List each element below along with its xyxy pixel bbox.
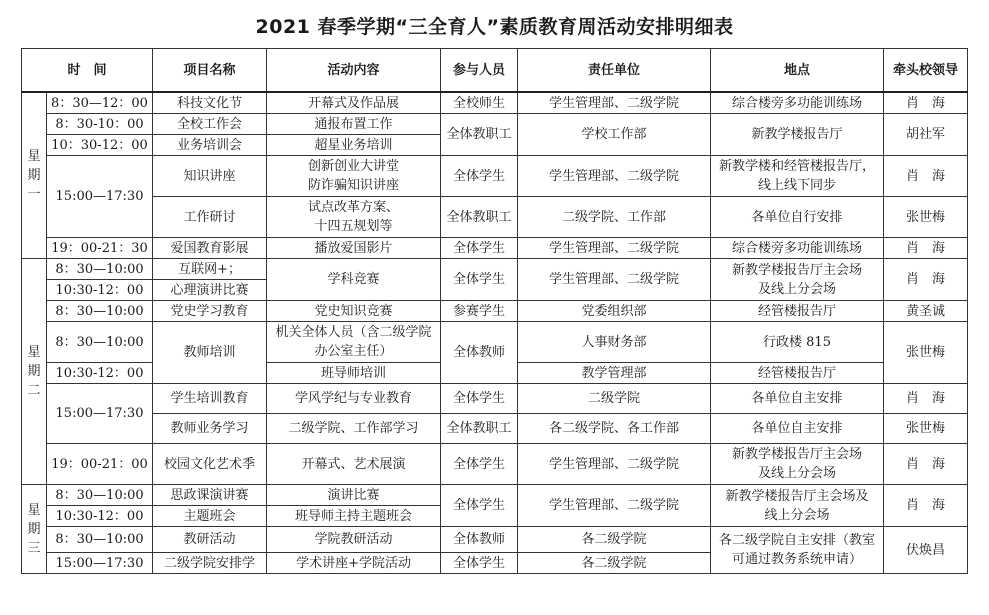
unit-cell: 各二级学院 bbox=[518, 553, 711, 574]
project-cell: 学生培训教育 bbox=[153, 384, 267, 414]
day-label-wednesday: 星 期 三 bbox=[22, 485, 47, 574]
location-cell: 新教学楼和经管楼报告厅， 线上线下同步 bbox=[711, 156, 884, 197]
participants-cell: 全体学生 bbox=[441, 259, 518, 301]
participants-cell: 参赛学生 bbox=[441, 301, 518, 322]
unit-cell: 二级学院 bbox=[518, 384, 711, 414]
project-cell: 校园文化艺术季 bbox=[153, 444, 267, 485]
content-cell: 开幕式、艺术展演 bbox=[267, 444, 441, 485]
unit-cell: 学生管理部、二级学院 bbox=[518, 485, 711, 527]
content-cell: 创新创业大讲堂 防诈骗知识讲座 bbox=[267, 156, 441, 197]
participants-cell: 全体学生 bbox=[441, 485, 518, 527]
location-cell: 经管楼报告厅 bbox=[711, 363, 884, 384]
table-row: 星 期 一 8：30—12：00 科技文化节 开幕式及作品展 全校师生 学生管理… bbox=[22, 92, 968, 114]
location-cell: 各单位自行安排 bbox=[711, 197, 884, 238]
time-cell: 15:00—17:30 bbox=[47, 384, 153, 444]
participants-cell: 全体学生 bbox=[441, 384, 518, 414]
content-cell: 试点改革方案、 十四五规划等 bbox=[267, 197, 441, 238]
leader-cell: 肖 海 bbox=[884, 92, 968, 114]
time-cell: 15:00—17:30 bbox=[47, 553, 153, 574]
participants-cell: 全体学生 bbox=[441, 444, 518, 485]
leader-cell: 肖 海 bbox=[884, 485, 968, 527]
unit-cell: 学生管理部、二级学院 bbox=[518, 444, 711, 485]
unit-cell: 学生管理部、二级学院 bbox=[518, 92, 711, 114]
project-cell: 科技文化节 bbox=[153, 92, 267, 114]
location-cell: 各单位自主安排 bbox=[711, 384, 884, 414]
participants-cell: 全体教职工 bbox=[441, 197, 518, 238]
document-title: 2021 春季学期“三全育人”素质教育周活动安排明细表 bbox=[0, 12, 989, 39]
content-cell: 班导师培训 bbox=[267, 363, 441, 384]
table-row: 19：00-21：30 爱国教育影展 播放爱国影片 全体学生 学生管理部、二级学… bbox=[22, 238, 968, 259]
leader-cell: 肖 海 bbox=[884, 259, 968, 301]
participants-cell: 全体教职工 bbox=[441, 414, 518, 444]
time-cell: 8：30—12：00 bbox=[47, 92, 153, 114]
leader-cell: 张世梅 bbox=[884, 197, 968, 238]
day-label-tuesday: 星 期 二 bbox=[22, 259, 47, 485]
unit-cell: 学生管理部、二级学院 bbox=[518, 156, 711, 197]
content-cell: 演讲比赛 bbox=[267, 485, 441, 506]
header-participants: 参与人员 bbox=[441, 49, 518, 93]
time-cell: 8：30—10:00 bbox=[47, 259, 153, 280]
time-cell: 8：30—10:00 bbox=[47, 322, 153, 363]
content-cell: 学科竞赛 bbox=[267, 259, 441, 301]
content-cell: 超星业务培训 bbox=[267, 135, 441, 156]
leader-cell: 肖 海 bbox=[884, 238, 968, 259]
table-row: 15:00—17:30 知识讲座 创新创业大讲堂 防诈骗知识讲座 全体学生 学生… bbox=[22, 156, 968, 197]
day-label-monday: 星 期 一 bbox=[22, 92, 47, 259]
time-cell: 10:30-12：00 bbox=[47, 363, 153, 384]
unit-cell: 各二级学院、各工作部 bbox=[518, 414, 711, 444]
unit-cell: 党委组织部 bbox=[518, 301, 711, 322]
content-cell: 学术讲座+学院活动 bbox=[267, 553, 441, 574]
time-cell: 10:30-12：00 bbox=[47, 280, 153, 301]
project-cell: 教师业务学习 bbox=[153, 414, 267, 444]
project-cell: 党史学习教育 bbox=[153, 301, 267, 322]
time-cell: 15:00—17:30 bbox=[47, 156, 153, 238]
header-leader: 牵头校领导 bbox=[884, 49, 968, 93]
location-cell: 行政楼 815 bbox=[711, 322, 884, 363]
leader-cell: 伏焕昌 bbox=[884, 527, 968, 574]
unit-cell: 学生管理部、二级学院 bbox=[518, 259, 711, 301]
content-cell: 机关全体人员（含二级学院 办公室主任） bbox=[267, 322, 441, 363]
header-unit: 责任单位 bbox=[518, 49, 711, 93]
content-cell: 学风学纪与专业教育 bbox=[267, 384, 441, 414]
location-cell: 新教学楼报告厅 bbox=[711, 114, 884, 156]
time-cell: 19：00-21：00 bbox=[47, 444, 153, 485]
leader-cell: 胡社军 bbox=[884, 114, 968, 156]
header-project: 项目名称 bbox=[153, 49, 267, 93]
table-row: 工作研讨 试点改革方案、 十四五规划等 全体教职工 二级学院、工作部 各单位自行… bbox=[22, 197, 968, 238]
table-row: 8：30—10:00 党史学习教育 党史知识竞赛 参赛学生 党委组织部 经管楼报… bbox=[22, 301, 968, 322]
location-cell: 各二级学院自主安排（教室 可通过教务系统申请） bbox=[711, 527, 884, 574]
participants-cell: 全体学生 bbox=[441, 553, 518, 574]
unit-cell: 各二级学院 bbox=[518, 527, 711, 553]
table-row: 星 期 三 8：30—10:00 思政课演讲赛 演讲比赛 全体学生 学生管理部、… bbox=[22, 485, 968, 506]
time-cell: 8：30—10:00 bbox=[47, 301, 153, 322]
project-cell: 二级学院安排学 bbox=[153, 553, 267, 574]
unit-cell: 学校工作部 bbox=[518, 114, 711, 156]
unit-cell: 学生管理部、二级学院 bbox=[518, 238, 711, 259]
participants-cell: 全体教师 bbox=[441, 322, 518, 384]
time-cell: 10：30-12：00 bbox=[47, 135, 153, 156]
leader-cell: 张世梅 bbox=[884, 414, 968, 444]
time-cell: 10:30-12：00 bbox=[47, 506, 153, 527]
participants-cell: 全体教师 bbox=[441, 527, 518, 553]
header-time: 时 间 bbox=[22, 49, 153, 93]
time-cell: 8：30—10:00 bbox=[47, 527, 153, 553]
header-row: 时 间 项目名称 活动内容 参与人员 责任单位 地点 牵头校领导 bbox=[22, 49, 968, 93]
header-content: 活动内容 bbox=[267, 49, 441, 93]
project-cell: 全校工作会 bbox=[153, 114, 267, 135]
unit-cell: 教学管理部 bbox=[518, 363, 711, 384]
project-cell: 心理演讲比赛 bbox=[153, 280, 267, 301]
participants-cell: 全校师生 bbox=[441, 92, 518, 114]
project-cell: 知识讲座 bbox=[153, 156, 267, 197]
participants-cell: 全体教职工 bbox=[441, 114, 518, 156]
participants-cell: 全体学生 bbox=[441, 238, 518, 259]
unit-cell: 二级学院、工作部 bbox=[518, 197, 711, 238]
location-cell: 新教学楼报告厅主会场及 线上分会场 bbox=[711, 485, 884, 527]
table-row: 8：30—10:00 教师培训 机关全体人员（含二级学院 办公室主任） 全体教师… bbox=[22, 322, 968, 363]
project-cell: 互联网+； bbox=[153, 259, 267, 280]
participants-cell: 全体学生 bbox=[441, 156, 518, 197]
content-cell: 党史知识竞赛 bbox=[267, 301, 441, 322]
project-cell: 主题班会 bbox=[153, 506, 267, 527]
location-cell: 新教学楼报告厅主会场 及线上分会场 bbox=[711, 444, 884, 485]
content-cell: 学院教研活动 bbox=[267, 527, 441, 553]
table-row: 8：30-10：00 全校工作会 通报布置工作 全体教职工 学校工作部 新教学楼… bbox=[22, 114, 968, 135]
leader-cell: 肖 海 bbox=[884, 384, 968, 414]
table-row: 15:00—17:30 学生培训教育 学风学纪与专业教育 全体学生 二级学院 各… bbox=[22, 384, 968, 414]
leader-cell: 肖 海 bbox=[884, 156, 968, 197]
project-cell: 教研活动 bbox=[153, 527, 267, 553]
leader-cell: 黄圣诚 bbox=[884, 301, 968, 322]
table-row: 教师业务学习 二级学院、工作部学习 全体教职工 各二级学院、各工作部 各单位自主… bbox=[22, 414, 968, 444]
table-row: 星 期 二 8：30—10:00 互联网+； 学科竞赛 全体学生 学生管理部、二… bbox=[22, 259, 968, 280]
table-row: 8：30—10:00 教研活动 学院教研活动 全体教师 各二级学院 各二级学院自… bbox=[22, 527, 968, 553]
content-cell: 播放爱国影片 bbox=[267, 238, 441, 259]
project-cell: 工作研讨 bbox=[153, 197, 267, 238]
content-cell: 班导师主持主题班会 bbox=[267, 506, 441, 527]
unit-cell: 人事财务部 bbox=[518, 322, 711, 363]
project-cell: 教师培训 bbox=[153, 322, 267, 384]
location-cell: 各单位自主安排 bbox=[711, 414, 884, 444]
content-cell: 开幕式及作品展 bbox=[267, 92, 441, 114]
project-cell: 业务培训会 bbox=[153, 135, 267, 156]
content-cell: 通报布置工作 bbox=[267, 114, 441, 135]
time-cell: 8：30—10:00 bbox=[47, 485, 153, 506]
leader-cell: 张世梅 bbox=[884, 322, 968, 384]
location-cell: 经管楼报告厅 bbox=[711, 301, 884, 322]
time-cell: 8：30-10：00 bbox=[47, 114, 153, 135]
leader-cell: 肖 海 bbox=[884, 444, 968, 485]
location-cell: 新教学楼报告厅主会场 及线上分会场 bbox=[711, 259, 884, 301]
time-cell: 19：00-21：30 bbox=[47, 238, 153, 259]
schedule-table: 时 间 项目名称 活动内容 参与人员 责任单位 地点 牵头校领导 星 期 一 8… bbox=[21, 48, 968, 574]
location-cell: 综合楼旁多功能训练场 bbox=[711, 238, 884, 259]
table-row: 19：00-21：00 校园文化艺术季 开幕式、艺术展演 全体学生 学生管理部、… bbox=[22, 444, 968, 485]
content-cell: 二级学院、工作部学习 bbox=[267, 414, 441, 444]
location-cell: 综合楼旁多功能训练场 bbox=[711, 92, 884, 114]
project-cell: 爱国教育影展 bbox=[153, 238, 267, 259]
header-location: 地点 bbox=[711, 49, 884, 93]
project-cell: 思政课演讲赛 bbox=[153, 485, 267, 506]
